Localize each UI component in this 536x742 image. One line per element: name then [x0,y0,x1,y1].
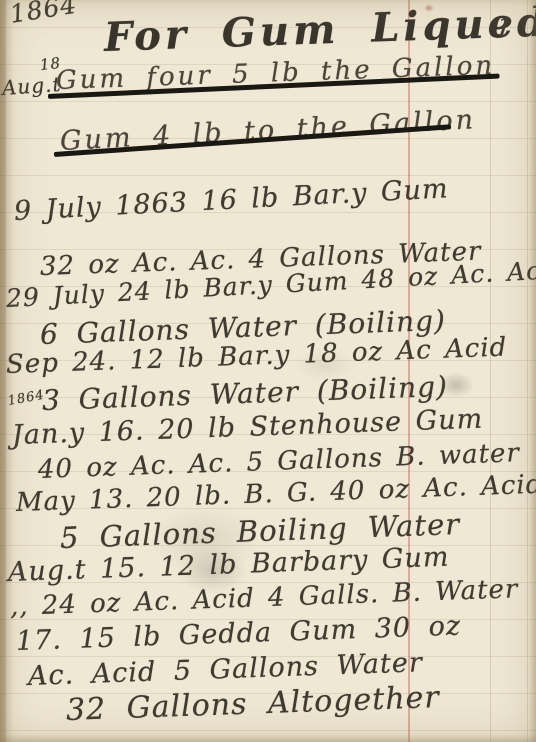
page-edge-bottom [0,734,536,742]
ledger-page: 1864 For Gum Liqued 1 Aug.t 18 Gum four … [0,0,536,742]
year-annotation: 1864 [8,0,79,29]
page-edge-right [528,0,536,742]
vertical-rule [490,0,491,742]
vertical-rule [527,0,528,742]
page-edge-left-shade [0,0,6,742]
handwritten-entry: 9 July 1863 16 lb Bar.y Gum [13,173,449,227]
